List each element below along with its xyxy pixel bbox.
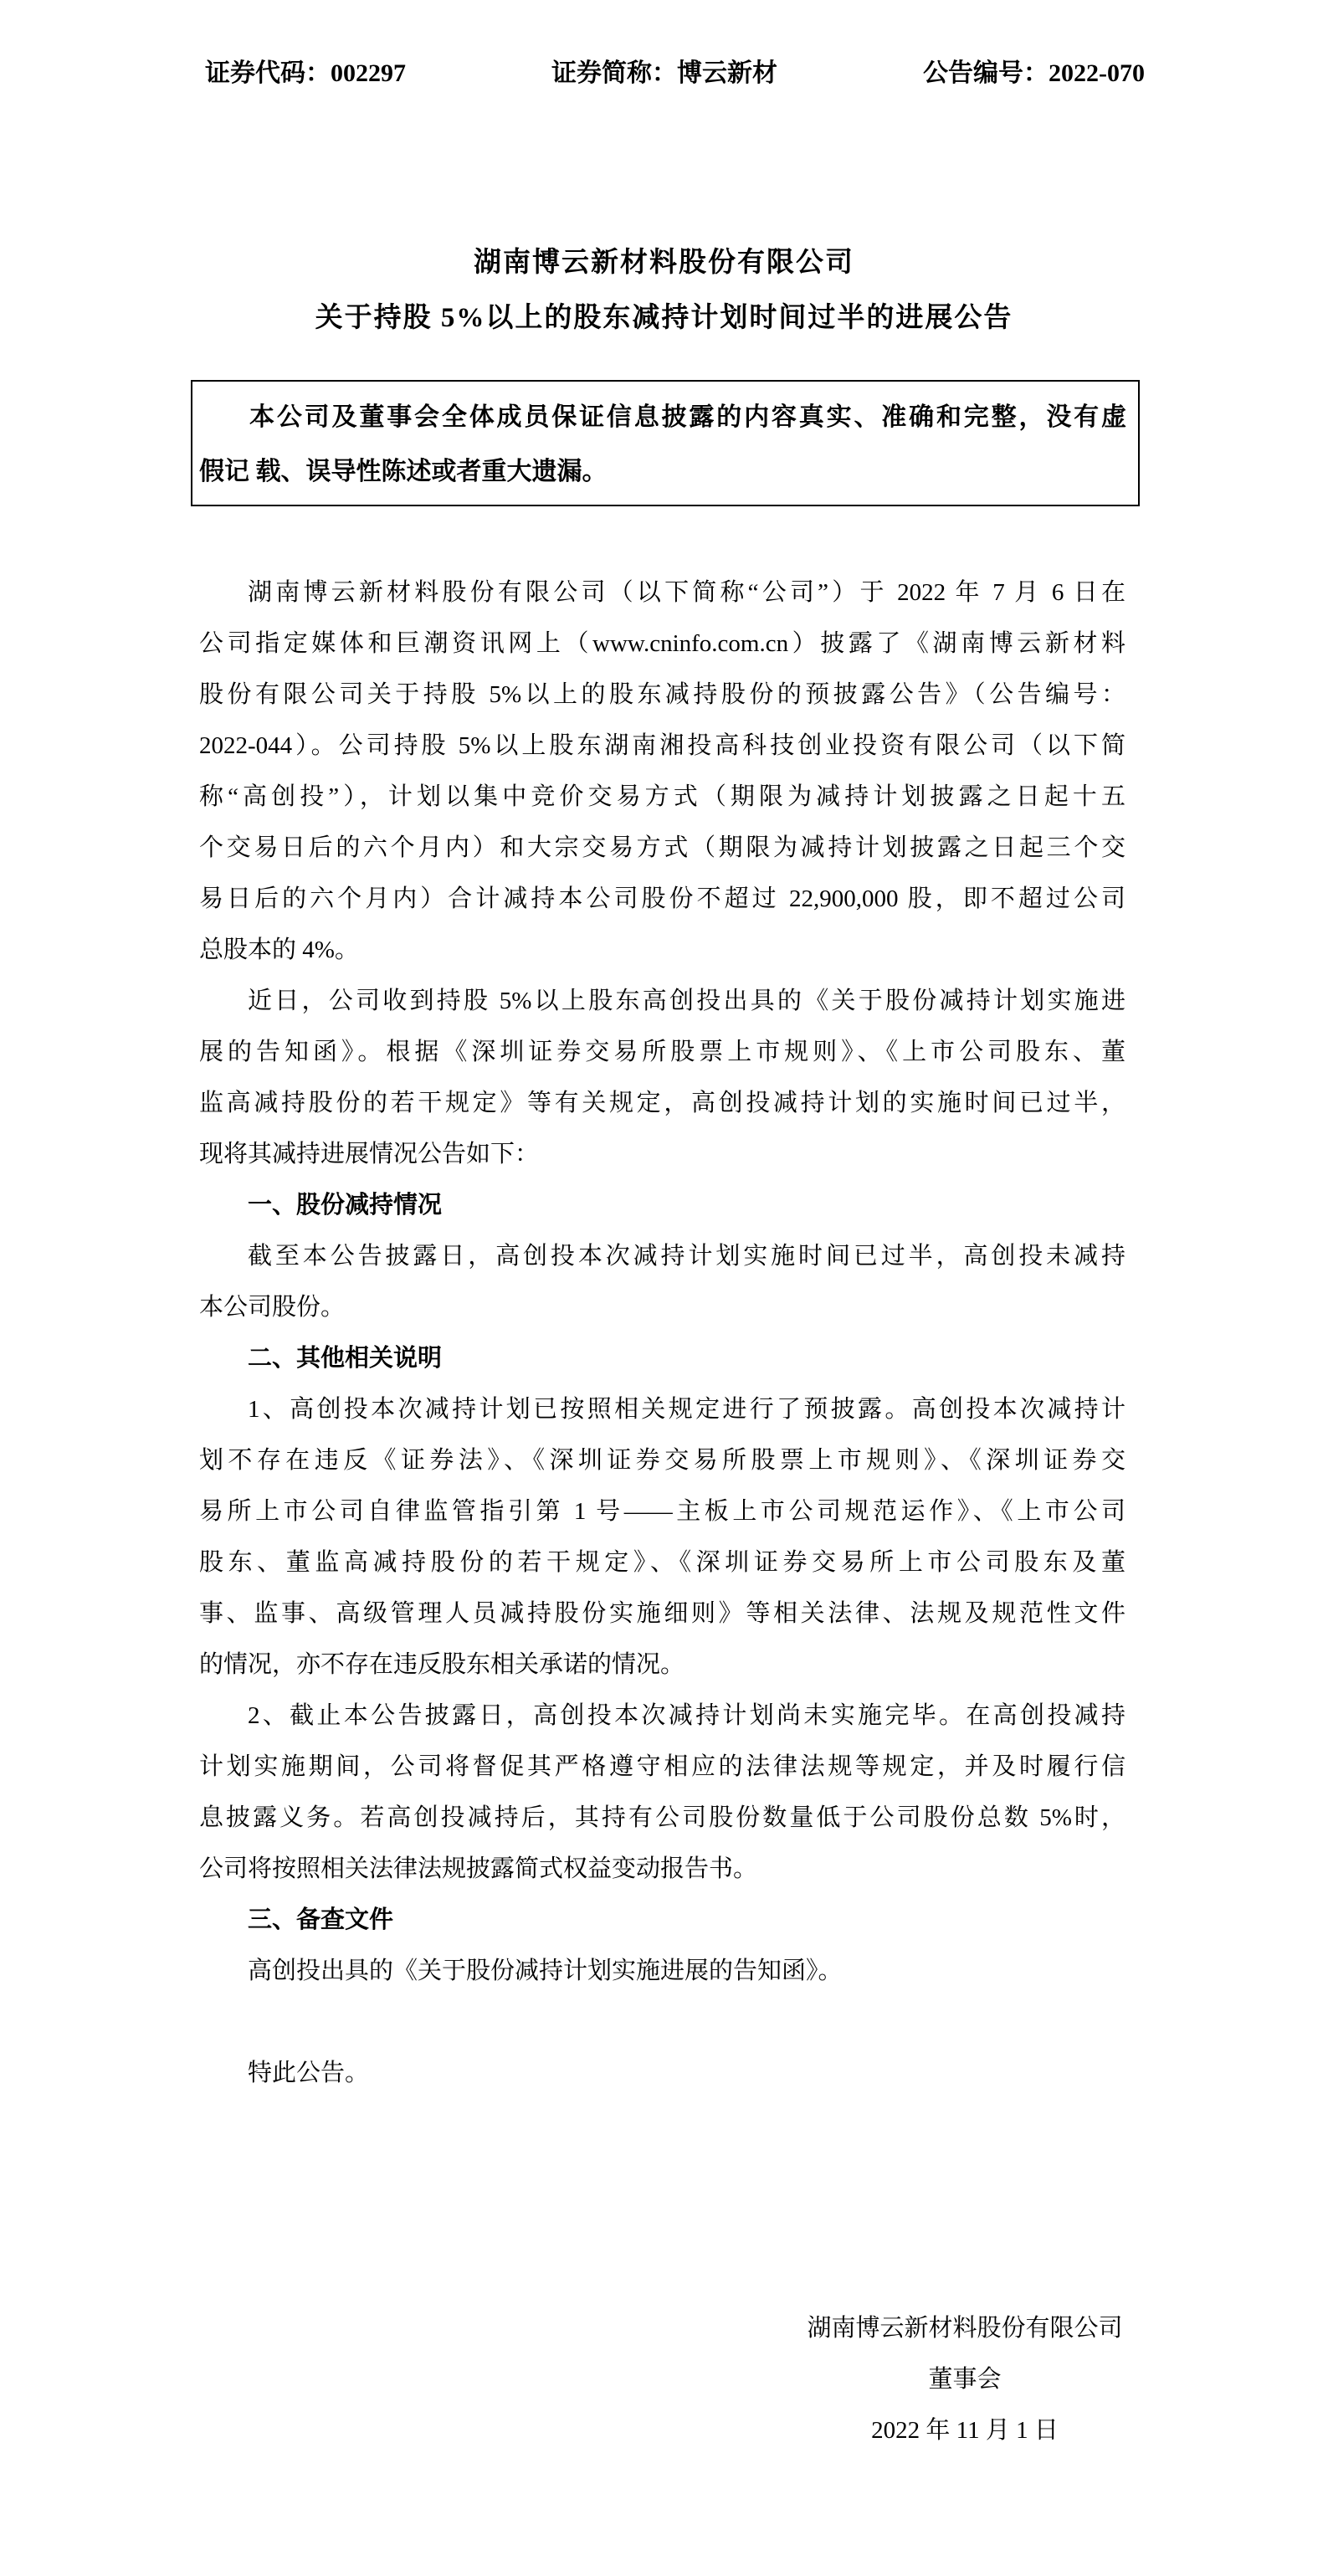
text-line: 易所上市公司自律监管指引第 1 号——主板上市公司规范运作》、《上市公司: [199, 1486, 1125, 1537]
section-heading: 一、股份减持情况: [199, 1180, 1125, 1231]
text-line: 的情况，亦不存在违反股东相关承诺的情况。: [199, 1640, 1125, 1691]
text-line: 易日后的六个月内）合计减持本公司股份不超过 22,900,000 股，即不超过公…: [199, 874, 1125, 925]
text-line: 湖南博云新材料股份有限公司（以下简称“公司”）于 2022 年 7 月 6 日在: [199, 567, 1125, 618]
body-paragraph: 2、截止本公告披露日，高创投本次减持计划尚未实施完毕。在高创投减持计划实施期间，…: [199, 1691, 1125, 1895]
text-line: 股份有限公司关于持股 5%以上的股东减持股份的预披露公告》（公告编号：: [199, 670, 1125, 721]
text-line: 高创投出具的《关于股份减持计划实施进展的告知函》。: [199, 1946, 1125, 1997]
text-line: 本公司股份。: [199, 1282, 1125, 1333]
text-line: 计划实施期间，公司将督促其严格遵守相应的法律法规等规定，并及时履行信: [199, 1742, 1125, 1793]
text-line: 1、高创投本次减持计划已按照相关规定进行了预披露。高创投本次减持计: [199, 1384, 1125, 1435]
signature-company: 湖南博云新材料股份有限公司: [785, 2303, 1145, 2354]
text-line: 假记 载、误导性陈述或者重大遗漏。: [199, 444, 1126, 499]
body-blocks: 湖南博云新材料股份有限公司（以下简称“公司”）于 2022 年 7 月 6 日在…: [199, 567, 1125, 1997]
announcement-title: 关于持股 5%以上的股东减持计划时间过半的进展公告: [201, 301, 1127, 335]
text-line: 2022-044）。公司持股 5%以上股东湖南湘投高科技创业投资有限公司（以下简: [199, 721, 1125, 772]
text-line: 划不存在违反《证券法》、《深圳证券交易所股票上市规则》、《深圳证券交: [199, 1435, 1125, 1486]
body-paragraph: 湖南博云新材料股份有限公司（以下简称“公司”）于 2022 年 7 月 6 日在…: [199, 567, 1125, 976]
body-paragraph: 高创投出具的《关于股份减持计划实施进展的告知函》。: [199, 1946, 1125, 1997]
text-line: 展的告知函》。根据《深圳证券交易所股票上市规则》、《上市公司股东、董: [199, 1027, 1125, 1078]
stock-short-name: 证券简称：博云新材: [551, 59, 777, 89]
section-heading: 三、备查文件: [199, 1895, 1125, 1946]
text-line: 本公司及董事会全体成员保证信息披露的内容真实、准确和完整，没有虚: [199, 390, 1126, 444]
text-line: 现将其减持进展情况公告如下：: [199, 1129, 1125, 1180]
text-line: 截至本公告披露日，高创投本次减持计划实施时间已过半，高创投未减持: [199, 1231, 1125, 1282]
text-line: 公司将按照相关法律法规披露简式权益变动报告书。: [199, 1844, 1125, 1895]
company-title: 湖南博云新材料股份有限公司: [201, 246, 1127, 280]
announcement-page: 证券代码：002297 证券简称：博云新材 公告编号：2022-070 湖南博云…: [0, 0, 1328, 2576]
body-paragraph: 截至本公告披露日，高创投本次减持计划实施时间已过半，高创投未减持本公司股份。: [199, 1231, 1125, 1333]
text-line: 息披露义务。若高创投减持后，其持有公司股份数量低于公司股份总数 5%时，: [199, 1793, 1125, 1844]
text-line: 个交易日后的六个月内）和大宗交易方式（期限为减持计划披露之日起三个交: [199, 823, 1125, 874]
closing-statement: 特此公告。: [199, 2048, 1125, 2099]
title-block: 湖南博云新材料股份有限公司 关于持股 5%以上的股东减持计划时间过半的进展公告: [201, 246, 1127, 335]
text-line: 近日，公司收到持股 5%以上股东高创投出具的《关于股份减持计划实施进: [199, 976, 1125, 1027]
text-line: 公司指定媒体和巨潮资讯网上（www.cninfo.com.cn）披露了《湖南博云…: [199, 618, 1125, 670]
document-header: 证券代码：002297 证券简称：博云新材 公告编号：2022-070: [205, 59, 1145, 89]
text-line: 2、截止本公告披露日，高创投本次减持计划尚未实施完毕。在高创投减持: [199, 1691, 1125, 1742]
disclaimer-box: 本公司及董事会全体成员保证信息披露的内容真实、准确和完整，没有虚假记 载、误导性…: [191, 380, 1140, 506]
text-line: 总股本的 4%。: [199, 925, 1125, 976]
signature-date: 2022 年 11 月 1 日: [785, 2405, 1145, 2456]
text-line: 事、监事、高级管理人员减持股份实施细则》等相关法律、法规及规范性文件: [199, 1588, 1125, 1640]
section-heading: 二、其他相关说明: [199, 1333, 1125, 1384]
announcement-number: 公告编号：2022-070: [923, 59, 1145, 89]
signature-block: 湖南博云新材料股份有限公司 董事会 2022 年 11 月 1 日: [785, 2303, 1145, 2456]
document-body: 湖南博云新材料股份有限公司（以下简称“公司”）于 2022 年 7 月 6 日在…: [199, 567, 1125, 2456]
stock-code: 证券代码：002297: [205, 59, 406, 89]
body-paragraph: 1、高创投本次减持计划已按照相关规定进行了预披露。高创投本次减持计划不存在违反《…: [199, 1384, 1125, 1691]
body-paragraph: 近日，公司收到持股 5%以上股东高创投出具的《关于股份减持计划实施进展的告知函》…: [199, 976, 1125, 1180]
text-line: 监高减持股份的若干规定》等有关规定，高创投减持计划的实施时间已过半，: [199, 1078, 1125, 1129]
text-line: 股东、董监高减持股份的若干规定》、《深圳证券交易所上市公司股东及董: [199, 1537, 1125, 1588]
signature-board: 董事会: [785, 2354, 1145, 2405]
text-line: 称“高创投”），计划以集中竞价交易方式（期限为减持计划披露之日起十五: [199, 772, 1125, 823]
